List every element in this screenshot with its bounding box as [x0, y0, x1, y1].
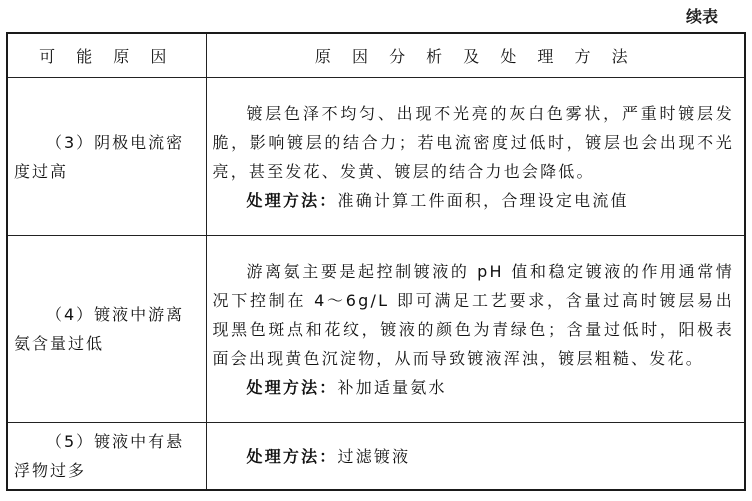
treatment-method: 处理方法：过滤镀液	[213, 442, 735, 471]
treatment-method: 处理方法：准确计算工件面积，合理设定电流值	[213, 186, 735, 215]
table-row: （5）镀液中有悬 浮物过多 处理方法：过滤镀液	[7, 423, 745, 491]
treatment-method: 处理方法：补加适量氨水	[213, 373, 735, 402]
cause-cell: （5）镀液中有悬 浮物过多	[7, 423, 206, 491]
continued-table-label: 续表	[686, 4, 718, 27]
treatment-method-text: 补加适量氨水	[338, 378, 447, 397]
header-possible-cause: 可 能 原 因	[7, 33, 206, 78]
cause-text-line2: 浮物过多	[14, 461, 86, 480]
table-row: （4）镀液中游离 氨含量过低 游离氨主要是起控制镀液的 pH 值和稳定镀液的作用…	[7, 236, 745, 423]
analysis-cell: 游离氨主要是起控制镀液的 pH 值和稳定镀液的作用通常情况下控制在 4～6g/L…	[206, 236, 745, 423]
treatment-method-label: 处理方法：	[247, 191, 338, 210]
analysis-text: 镀层色泽不均匀、出现不光亮的灰白色雾状，严重时镀层发脆，影响镀层的结合力；若电流…	[213, 99, 735, 186]
troubleshooting-table: 可 能 原 因 原 因 分 析 及 处 理 方 法 （3）阴极电流密 度过高 镀…	[6, 32, 746, 491]
cause-text-line1: （4）镀液中游离	[14, 300, 198, 329]
cause-text-line1: （3）阴极电流密	[14, 128, 198, 157]
cause-text-line2: 度过高	[14, 162, 68, 181]
analysis-cell: 镀层色泽不均匀、出现不光亮的灰白色雾状，严重时镀层发脆，影响镀层的结合力；若电流…	[206, 78, 745, 236]
cause-cell: （4）镀液中游离 氨含量过低	[7, 236, 206, 423]
treatment-method-label: 处理方法：	[247, 378, 338, 397]
table-header-row: 可 能 原 因 原 因 分 析 及 处 理 方 法	[7, 33, 745, 78]
header-analysis-and-method: 原 因 分 析 及 处 理 方 法	[206, 33, 745, 78]
analysis-text: 游离氨主要是起控制镀液的 pH 值和稳定镀液的作用通常情况下控制在 4～6g/L…	[213, 257, 735, 373]
table-row: （3）阴极电流密 度过高 镀层色泽不均匀、出现不光亮的灰白色雾状，严重时镀层发脆…	[7, 78, 745, 236]
treatment-method-text: 准确计算工件面积，合理设定电流值	[338, 191, 629, 210]
cause-text-line2: 氨含量过低	[14, 334, 104, 353]
treatment-method-text: 过滤镀液	[338, 447, 411, 466]
cause-cell: （3）阴极电流密 度过高	[7, 78, 206, 236]
analysis-cell: 处理方法：过滤镀液	[206, 423, 745, 491]
treatment-method-label: 处理方法：	[247, 447, 338, 466]
cause-text-line1: （5）镀液中有悬	[14, 427, 198, 456]
